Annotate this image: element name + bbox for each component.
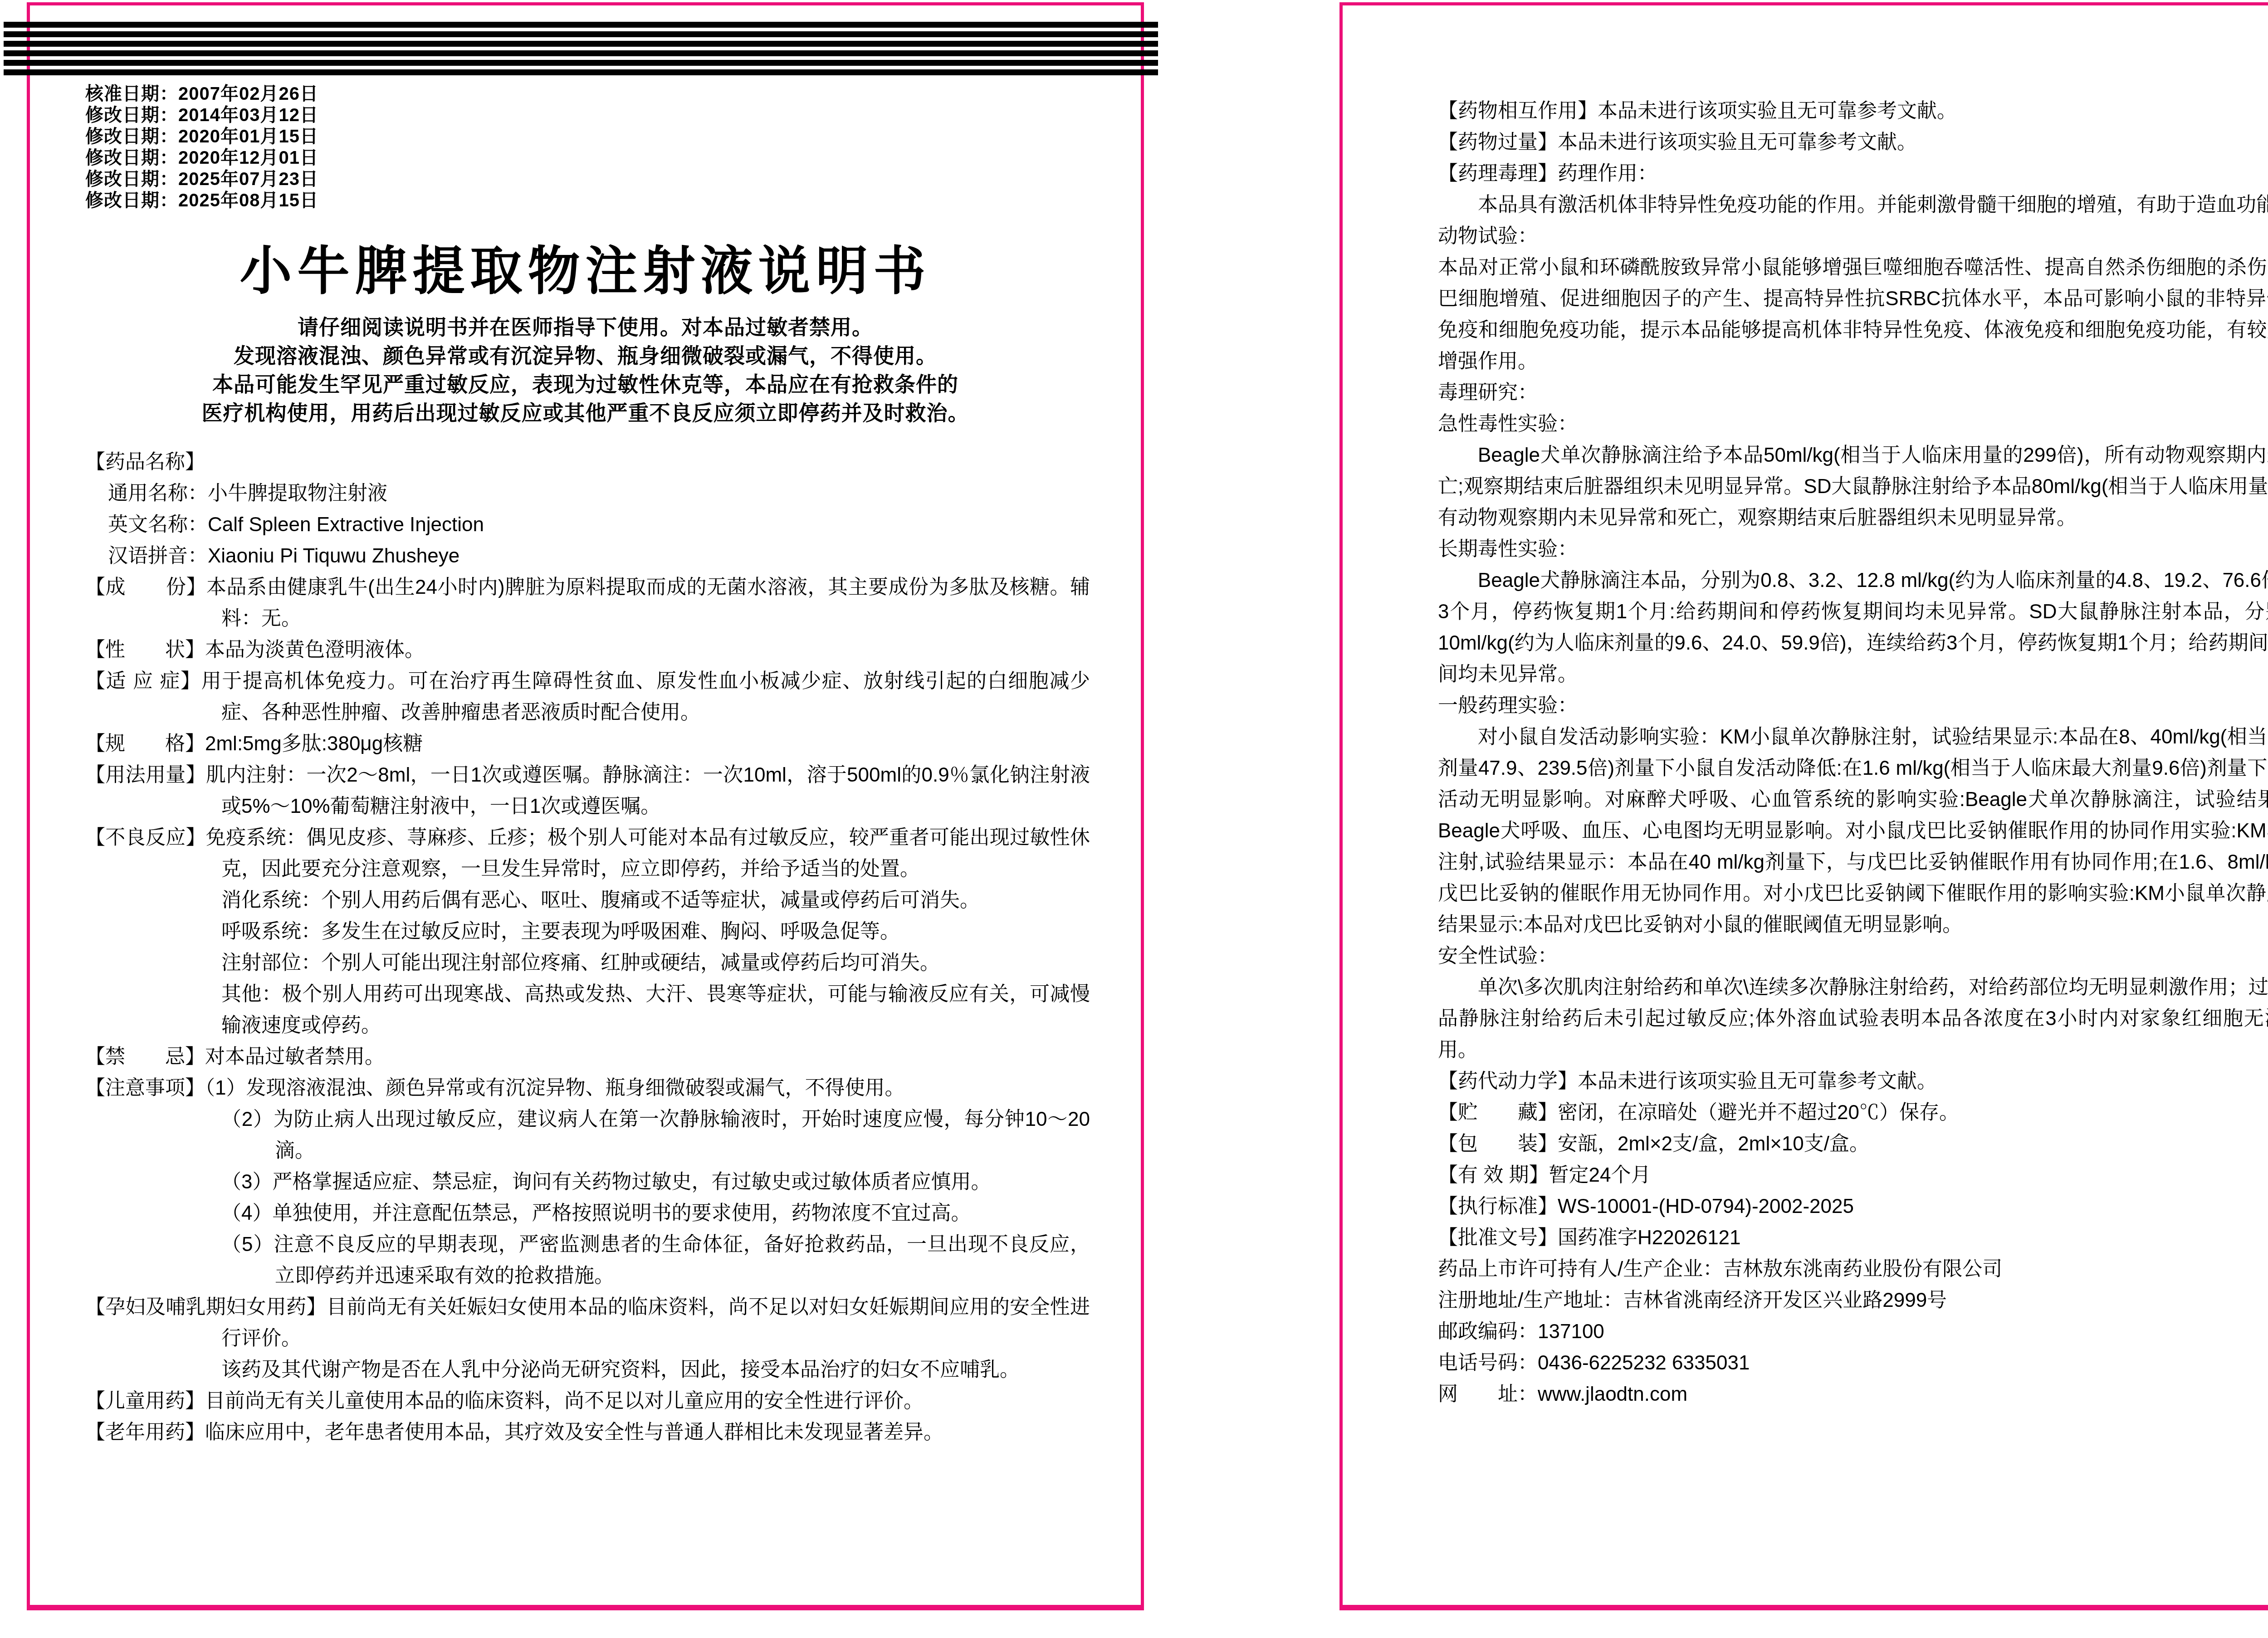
section-label: 【药品名称】: [85, 451, 205, 473]
paragraph: 【禁 忌】对本品过敏者禁用。: [85, 1041, 1090, 1072]
paragraph: 【成 份】本品系由健康乳牛(出生24小时内)脾脏为原料提取而成的无菌水溶液，其主…: [85, 572, 1090, 634]
paragraph-text: 2ml:5mg多肽:380μg核糖: [205, 733, 423, 755]
paragraph-text: 动物试验：: [1438, 225, 1538, 247]
paragraph-text: 对本品过敏者禁用。: [205, 1046, 385, 1068]
paragraph: 【药理毒理】药理作用：: [1438, 158, 2268, 189]
print-registration-stripe: [4, 60, 1158, 66]
paragraph: 【注意事项】（1）发现溶液混浊、颜色异常或有沉淀异物、瓶身细微破裂或漏气，不得使…: [85, 1072, 1090, 1104]
paragraph-text: （2）为防止病人出现过敏反应，建议病人在第一次静脉输液时，开始时速度应慢，每分钟…: [221, 1108, 1090, 1162]
paragraph: （5）注意不良反应的早期表现，严密监测患者的生命体征，备好抢救药品，一旦出现不良…: [221, 1229, 1090, 1291]
paragraph: 【用法用量】肌内注射：一次2～8ml，一日1次或遵医嘱。静脉滴注：一次10ml，…: [85, 759, 1090, 822]
section-label: 【儿童用药】: [85, 1390, 205, 1412]
paragraph: （4）单独使用，并注意配伍禁忌，严格按照说明书的要求使用，药物浓度不宜过高。: [221, 1198, 1090, 1229]
paragraph-text: 网 址：www.jlaodtn.com: [1438, 1383, 1687, 1405]
paragraph-text: 暂定24个月: [1549, 1164, 1651, 1186]
paragraph-text: 国药准字H22026121: [1558, 1227, 1741, 1249]
paragraph: Beagle犬单次静脉滴注给予本品50ml/kg(相当于人临床用量的299倍)，…: [1438, 440, 2268, 533]
paragraph-text: 临床应用中，老年患者使用本品，其疗效及安全性与普通人群相比未发现显著差异。: [205, 1421, 943, 1443]
paragraph-text: （1）发现溶液混浊、颜色异常或有沉淀异物、瓶身细微破裂或漏气，不得使用。: [205, 1077, 904, 1099]
paragraph: 注册地址/生产地址：吉林省洮南经济开发区兴业路2999号: [1438, 1285, 2268, 1316]
date-line: 核准日期：2007年02月26日: [85, 83, 1141, 105]
left-page-body: 【药品名称】通用名称：小牛脾提取物注射液英文名称：Calf Spleen Ext…: [85, 446, 1090, 1448]
section-label: 【禁 忌】: [85, 1046, 205, 1068]
paragraph: 毒理研究：: [1438, 377, 2268, 408]
paragraph-text: 药理作用：: [1558, 162, 1657, 185]
paragraph-text: Beagle犬单次静脉滴注给予本品50ml/kg(相当于人临床用量的299倍)，…: [1438, 444, 2268, 529]
paragraph-text: 毒理研究：: [1438, 381, 1538, 404]
paragraph: 【规 格】2ml:5mg多肽:380μg核糖: [85, 728, 1090, 759]
paragraph-text: （3）严格掌握适应症、禁忌症，询问有关药物过敏史，有过敏史或过敏体质者应慎用。: [221, 1171, 991, 1193]
paragraph: 消化系统：个别人用药后偶有恶心、呕吐、腹痛或不适等症状，减量或停药后可消失。: [221, 885, 1090, 916]
date-line: 修改日期：2014年03月12日: [85, 105, 1141, 126]
print-registration-stripe: [4, 41, 1158, 47]
section-label: 【执行标准】: [1438, 1195, 1558, 1217]
section-label: 【有 效 期】: [1438, 1164, 1549, 1186]
paragraph: 【孕妇及哺乳期妇女用药】目前尚无有关妊娠妇女使用本品的临床资料，尚不足以对妇女妊…: [85, 1291, 1090, 1354]
paragraph: 【不良反应】免疫系统：偶见皮疹、荨麻疹、丘疹；极个别人可能对本品有过敏反应，较严…: [85, 822, 1090, 885]
warning-line: 发现溶液混浊、颜色异常或有沉淀异物、瓶身细微破裂或漏气，不得使用。: [30, 342, 1141, 370]
print-registration-stripe: [4, 31, 1158, 37]
warning-block: 请仔细阅读说明书并在医师指导下使用。对本品过敏者禁用。发现溶液混浊、颜色异常或有…: [30, 313, 1141, 427]
paragraph: 【儿童用药】目前尚无有关儿童使用本品的临床资料，尚不足以对儿童应用的安全性进行评…: [85, 1385, 1090, 1417]
paragraph: 药品上市许可持有人/生产企业：吉林敖东洮南药业股份有限公司: [1438, 1253, 2268, 1285]
date-line: 修改日期：2025年07月23日: [85, 169, 1141, 190]
paragraph: 电话号码：0436-6225232 6335031: [1438, 1347, 2268, 1379]
paragraph: 【适 应 症】用于提高机体免疫力。可在治疗再生障碍性贫血、原发性血小板减少症、放…: [85, 665, 1090, 728]
section-label: 【用法用量】: [85, 764, 206, 786]
paragraph: 英文名称：Calf Spleen Extractive Injection: [108, 509, 1090, 540]
paragraph-text: 免疫系统：偶见皮疹、荨麻疹、丘疹；极个别人可能对本品有过敏反应，较严重者可能出现…: [206, 826, 1090, 880]
paragraph-text: 本品未进行该项实验且无可靠参考文献。: [1558, 131, 1917, 153]
section-label: 【孕妇及哺乳期妇女用药】: [85, 1296, 327, 1318]
section-label: 【规 格】: [85, 733, 205, 755]
section-label: 【药物相互作用】: [1438, 100, 1598, 122]
leaflet-page-left: 核准日期：2007年02月26日修改日期：2014年03月12日修改日期：202…: [27, 2, 1144, 1610]
paragraph-text: （5）注意不良反应的早期表现，严密监测患者的生命体征，备好抢救药品，一旦出现不良…: [221, 1233, 1090, 1287]
paragraph-text: 肌内注射：一次2～8ml，一日1次或遵医嘱。静脉滴注：一次10ml，溶于500m…: [206, 764, 1090, 817]
date-line: 修改日期：2025年08月15日: [85, 190, 1141, 211]
paragraph-text: 汉语拼音：Xiaoniu Pi Tiquwu Zhusheye: [108, 545, 459, 567]
paragraph-text: 本品系由健康乳牛(出生24小时内)脾脏为原料提取而成的无菌水溶液，其主要成份为多…: [206, 576, 1090, 630]
paragraph-text: 通用名称：小牛脾提取物注射液: [108, 482, 387, 504]
paragraph: 安全性试验：: [1438, 940, 2268, 972]
paragraph: 【药代动力学】本品未进行该项实验且无可靠参考文献。: [1438, 1066, 2268, 1097]
section-label: 【药理毒理】: [1438, 162, 1558, 185]
date-line: 修改日期：2020年12月01日: [85, 147, 1141, 169]
print-registration-stripe: [4, 50, 1158, 56]
paragraph: 汉语拼音：Xiaoniu Pi Tiquwu Zhusheye: [108, 540, 1090, 572]
section-label: 【包 装】: [1438, 1133, 1558, 1155]
paragraph-text: 目前尚无有关儿童使用本品的临床资料，尚不足以对儿童应用的安全性进行评价。: [205, 1390, 924, 1412]
paragraph-text: 其他：极个别人用药可出现寒战、高热或发热、大汗、畏寒等症状，可能与输液反应有关，…: [221, 983, 1090, 1037]
paragraph-text: 本品对正常小鼠和环磷酰胺致异常小鼠能够增强巨噬细胞吞噬活性、提高自然杀伤细胞的杀…: [1438, 256, 2268, 372]
section-label: 【药物过量】: [1438, 131, 1558, 153]
paragraph-text: 邮政编码：137100: [1438, 1320, 1604, 1343]
paragraph-text: 注册地址/生产地址：吉林省洮南经济开发区兴业路2999号: [1438, 1289, 1947, 1311]
paragraph-text: 用于提高机体免疫力。可在治疗再生障碍性贫血、原发性血小板减少症、放射线引起的白细…: [201, 670, 1090, 724]
paragraph: 【包 装】安瓿，2ml×2支/盒，2ml×10支/盒。: [1438, 1128, 2268, 1159]
paragraph: 一般药理实验：: [1438, 690, 2268, 721]
paragraph: （2）为防止病人出现过敏反应，建议病人在第一次静脉输液时，开始时速度应慢，每分钟…: [221, 1104, 1090, 1166]
print-registration-stripe: [4, 69, 1158, 75]
paragraph: 网 址：www.jlaodtn.com: [1438, 1379, 2268, 1410]
paragraph: 动物试验：: [1438, 220, 2268, 252]
paragraph-text: 一般药理实验：: [1438, 694, 1578, 717]
section-label: 【性 状】: [85, 639, 205, 661]
warning-line: 请仔细阅读说明书并在医师指导下使用。对本品过敏者禁用。: [30, 313, 1141, 342]
paragraph-text: 呼吸系统：多发生在过敏反应时，主要表现为呼吸困难、胸闷、呼吸急促等。: [221, 920, 900, 943]
paragraph: 【药物相互作用】本品未进行该项实验且无可靠参考文献。: [1438, 95, 2268, 127]
section-label: 【注意事项】: [85, 1077, 205, 1099]
paragraph-text: 对小鼠自发活动影响实验：KM小鼠单次静脉注射，试验结果显示:本品在8、40ml/…: [1438, 726, 2268, 936]
leaflet-page-right: 【药物相互作用】本品未进行该项实验且无可靠参考文献。【药物过量】本品未进行该项实…: [1339, 2, 2268, 1610]
paragraph-text: 本品具有激活机体非特异性免疫功能的作用。并能刺激骨髓干细胞的增殖，有助于造血功能…: [1478, 194, 2268, 216]
paragraph-text: 本品未进行该项实验且无可靠参考文献。: [1598, 100, 1957, 122]
paragraph: 【性 状】本品为淡黄色澄明液体。: [85, 634, 1090, 665]
paragraph: Beagle犬静脉滴注本品，分别为0.8、3.2、12.8 ml/kg(约为人临…: [1438, 565, 2268, 690]
paragraph-text: 电话号码：0436-6225232 6335031: [1438, 1352, 1750, 1374]
date-line: 修改日期：2020年01月15日: [85, 126, 1141, 147]
section-label: 【不良反应】: [85, 826, 206, 849]
paragraph-text: 安全性试验：: [1438, 945, 1558, 967]
print-registration-stripes: [4, 22, 1158, 79]
paragraph-text: 注射部位：个别人可能出现注射部位疼痛、红肿或硬结，减量或停药后均可消失。: [221, 952, 940, 974]
section-label: 【贮 藏】: [1438, 1101, 1558, 1124]
paragraph: 长期毒性实验：: [1438, 533, 2268, 565]
leaflet-scan: 核准日期：2007年02月26日修改日期：2014年03月12日修改日期：202…: [0, 0, 2268, 1638]
paragraph: 【贮 藏】密闭，在凉暗处（避光并不超过20℃）保存。: [1438, 1097, 2268, 1128]
paragraph-text: 消化系统：个别人用药后偶有恶心、呕吐、腹痛或不适等症状，减量或停药后可消失。: [221, 889, 980, 911]
paragraph-text: 目前尚无有关妊娠妇女使用本品的临床资料，尚不足以对妇女妊娠期间应用的安全性进行评…: [221, 1296, 1090, 1350]
approval-dates: 核准日期：2007年02月26日修改日期：2014年03月12日修改日期：202…: [85, 83, 1141, 211]
paragraph-text: 单次\多次肌肉注射给药和单次\连续多次静脉注射给药，对给药部位均无明显刺激作用；…: [1438, 976, 2268, 1061]
paragraph-text: 长期毒性实验：: [1438, 538, 1578, 560]
paragraph-text: 安瓿，2ml×2支/盒，2ml×10支/盒。: [1558, 1133, 1869, 1155]
warning-line: 医疗机构使用，用药后出现过敏反应或其他严重不良反应须立即停药并及时救治。: [30, 399, 1141, 427]
section-label: 【药代动力学】: [1438, 1070, 1578, 1092]
paragraph: 【批准文号】国药准字H22026121: [1438, 1222, 2268, 1253]
paragraph: 本品对正常小鼠和环磷酰胺致异常小鼠能够增强巨噬细胞吞噬活性、提高自然杀伤细胞的杀…: [1438, 252, 2268, 377]
paragraph-text: Beagle犬静脉滴注本品，分别为0.8、3.2、12.8 ml/kg(约为人临…: [1438, 569, 2268, 685]
print-registration-stripe: [4, 22, 1158, 28]
paragraph: （3）严格掌握适应症、禁忌症，询问有关药物过敏史，有过敏史或过敏体质者应慎用。: [221, 1166, 1090, 1198]
paragraph: 邮政编码：137100: [1438, 1316, 2268, 1347]
paragraph: 通用名称：小牛脾提取物注射液: [108, 478, 1090, 509]
section-label: 【适 应 症】: [85, 670, 201, 692]
paragraph: 急性毒性实验：: [1438, 408, 2268, 440]
paragraph-text: WS-10001-(HD-0794)-2002-2025: [1558, 1195, 1854, 1217]
paragraph: 【老年用药】临床应用中，老年患者使用本品，其疗效及安全性与普通人群相比未发现显著…: [85, 1417, 1090, 1448]
warning-line: 本品可能发生罕见严重过敏反应，表现为过敏性休克等，本品应在有抢救条件的: [30, 370, 1141, 399]
paragraph: 【有 效 期】暂定24个月: [1438, 1159, 2268, 1191]
paragraph-text: 密闭，在凉暗处（避光并不超过20℃）保存。: [1558, 1101, 1959, 1124]
paragraph: 本品具有激活机体非特异性免疫功能的作用。并能刺激骨髓干细胞的增殖，有助于造血功能…: [1438, 189, 2268, 220]
paragraph: 【执行标准】WS-10001-(HD-0794)-2002-2025: [1438, 1191, 2268, 1222]
paragraph-text: 急性毒性实验：: [1438, 413, 1578, 435]
paragraph-text: （4）单独使用，并注意配伍禁忌，严格按照说明书的要求使用，药物浓度不宜过高。: [221, 1202, 971, 1224]
right-page-body: 【药物相互作用】本品未进行该项实验且无可靠参考文献。【药物过量】本品未进行该项实…: [1438, 95, 2268, 1410]
section-label: 【批准文号】: [1438, 1227, 1558, 1249]
paragraph: 注射部位：个别人可能出现注射部位疼痛、红肿或硬结，减量或停药后均可消失。: [221, 947, 1090, 978]
section-label: 【成 份】: [85, 576, 206, 598]
paragraph: 该药及其代谢产物是否在人乳中分泌尚无研究资料，因此，接受本品治疗的妇女不应哺乳。: [221, 1354, 1090, 1385]
paragraph-text: 英文名称：Calf Spleen Extractive Injection: [108, 513, 484, 536]
paragraph-text: 本品未进行该项实验且无可靠参考文献。: [1578, 1070, 1937, 1092]
paragraph: 【药品名称】: [85, 446, 1090, 478]
paragraph: 对小鼠自发活动影响实验：KM小鼠单次静脉注射，试验结果显示:本品在8、40ml/…: [1438, 721, 2268, 940]
paragraph: 其他：极个别人用药可出现寒战、高热或发热、大汗、畏寒等症状，可能与输液反应有关，…: [221, 978, 1090, 1041]
paragraph-text: 本品为淡黄色澄明液体。: [205, 639, 425, 661]
paragraph: 单次\多次肌肉注射给药和单次\连续多次静脉注射给药，对给药部位均无明显刺激作用；…: [1438, 972, 2268, 1066]
section-label: 【老年用药】: [85, 1421, 205, 1443]
paragraph: 【药物过量】本品未进行该项实验且无可靠参考文献。: [1438, 127, 2268, 158]
paragraph: 呼吸系统：多发生在过敏反应时，主要表现为呼吸困难、胸闷、呼吸急促等。: [221, 916, 1090, 947]
document-title: 小牛脾提取物注射液说明书: [30, 238, 1141, 306]
paragraph-text: 药品上市许可持有人/生产企业：吉林敖东洮南药业股份有限公司: [1438, 1258, 2002, 1280]
paragraph-text: 该药及其代谢产物是否在人乳中分泌尚无研究资料，因此，接受本品治疗的妇女不应哺乳。: [221, 1359, 1020, 1381]
